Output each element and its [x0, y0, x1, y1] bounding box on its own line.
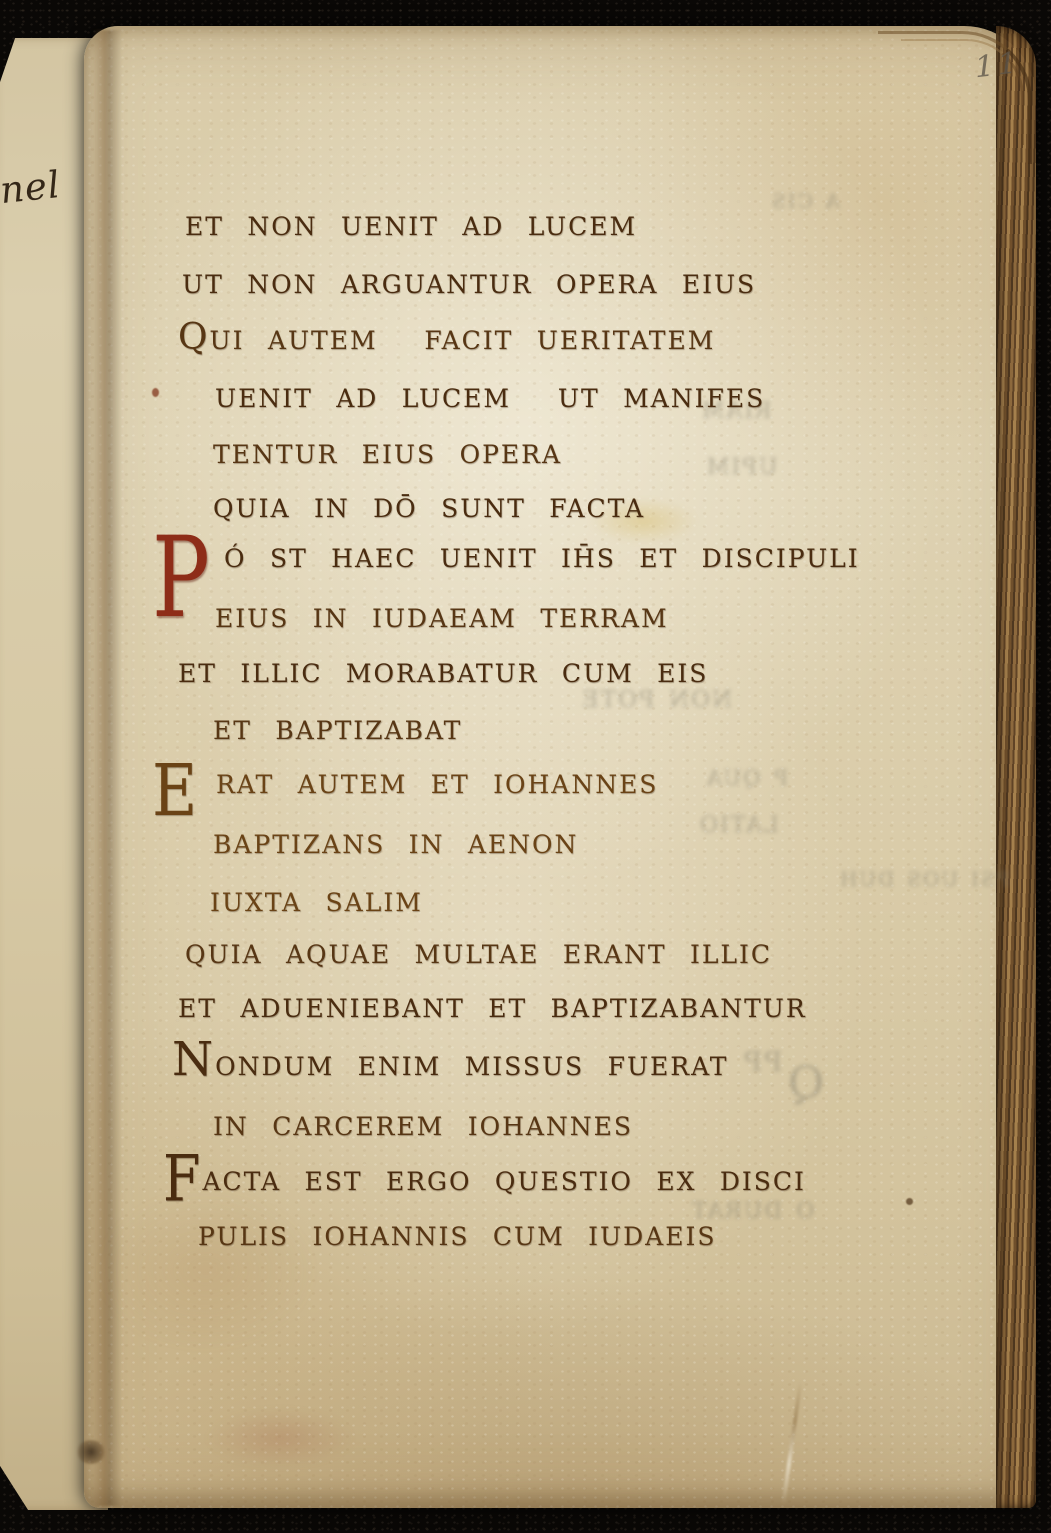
line-text: iuxta salim	[210, 879, 423, 920]
line-text: et baptizabat	[213, 707, 462, 748]
line-text: Qui autem facit ueritatem	[178, 317, 715, 358]
manuscript-line: iuxta salim	[210, 882, 423, 918]
manuscript-photo: a cis riam upim non pote p qua latio psi…	[0, 0, 1051, 1533]
manuscript-line: Pó st haec uenit ih̄s et discipuli	[152, 538, 860, 574]
manuscript-line: Qui autem facit ueritatem	[178, 320, 715, 356]
line-text: acta est ergo questio ex disci	[202, 1158, 805, 1199]
manuscript-line: Facta est ergo questio ex disci	[163, 1158, 806, 1197]
manuscript-line: uenit ad lucem ut manifes	[215, 378, 765, 414]
line-text: in carcerem iohannes	[213, 1103, 633, 1144]
manuscript-line: et baptizabat	[213, 710, 462, 746]
large-initial: E	[152, 762, 199, 819]
show-through-text: pp	[742, 1036, 782, 1080]
line-text: pulis iohannis cum iudaeis	[198, 1213, 716, 1254]
manuscript-line: Erat autem et iohannes	[152, 764, 658, 800]
show-through-text: upim	[705, 446, 778, 482]
manuscript-line: eius in iudaeam terram	[215, 598, 669, 634]
manuscript-line: quia aquae multae erant illic	[185, 934, 772, 970]
large-initial: F	[163, 1163, 202, 1196]
line-text: eius in iudaeam terram	[215, 595, 669, 636]
manuscript-line: tentur eius opera	[213, 434, 562, 470]
manuscript-line: baptizans in aenon	[213, 824, 578, 860]
large-initial: N	[172, 1046, 215, 1074]
manuscript-line: ut non arguantur opera eiuſ	[182, 264, 756, 300]
manuscript-line: pulis iohannis cum iudaeis	[198, 1216, 716, 1252]
line-text: baptizans in aenon	[213, 821, 578, 862]
manuscript-line: in carcerem iohannes	[213, 1106, 633, 1142]
gutter-crease	[92, 30, 122, 1506]
show-through-text: a cis	[770, 182, 840, 215]
margin-annotation: nel	[0, 163, 63, 212]
line-text: et illic morabatur cum eis	[178, 650, 708, 691]
line-text: ondum enim missus fuerat	[215, 1043, 728, 1084]
manuscript-line: et illic morabatur cum eis	[178, 653, 708, 689]
manuscript-line: et adueniebant et baptizabantur	[178, 988, 807, 1024]
show-through-text: Q	[786, 1058, 824, 1109]
line-text: ut non arguantur opera eiuſ	[182, 261, 756, 302]
line-text: et non uenit ad lucem	[185, 203, 637, 244]
line-text: quia in dō sunt facta	[213, 485, 645, 526]
book-fore-edge	[996, 26, 1036, 1508]
show-through-text: psi uos duh	[838, 860, 1010, 893]
manuscript-line: Nondum enim missus fuerat	[172, 1046, 728, 1082]
line-text: uenit ad lucem ut manifes	[215, 375, 765, 416]
line-text: quia aquae multae erant illic	[185, 931, 772, 972]
show-through-text: latio	[698, 804, 779, 840]
manuscript-line: quia in dō sunt facta	[213, 488, 645, 524]
folio-number: 11	[972, 45, 1022, 85]
show-through-text: p qua	[705, 758, 788, 793]
rubricated-initial: P	[152, 534, 212, 623]
manuscript-line: et non uenit ad lucem	[185, 206, 637, 242]
line-text: et adueniebant et baptizabantur	[178, 985, 807, 1026]
line-text: ó st haec uenit ih̄s et discipuli	[224, 535, 860, 576]
line-text: tentur eius opera	[213, 431, 562, 472]
line-text: rat autem et iohannes	[216, 761, 658, 802]
